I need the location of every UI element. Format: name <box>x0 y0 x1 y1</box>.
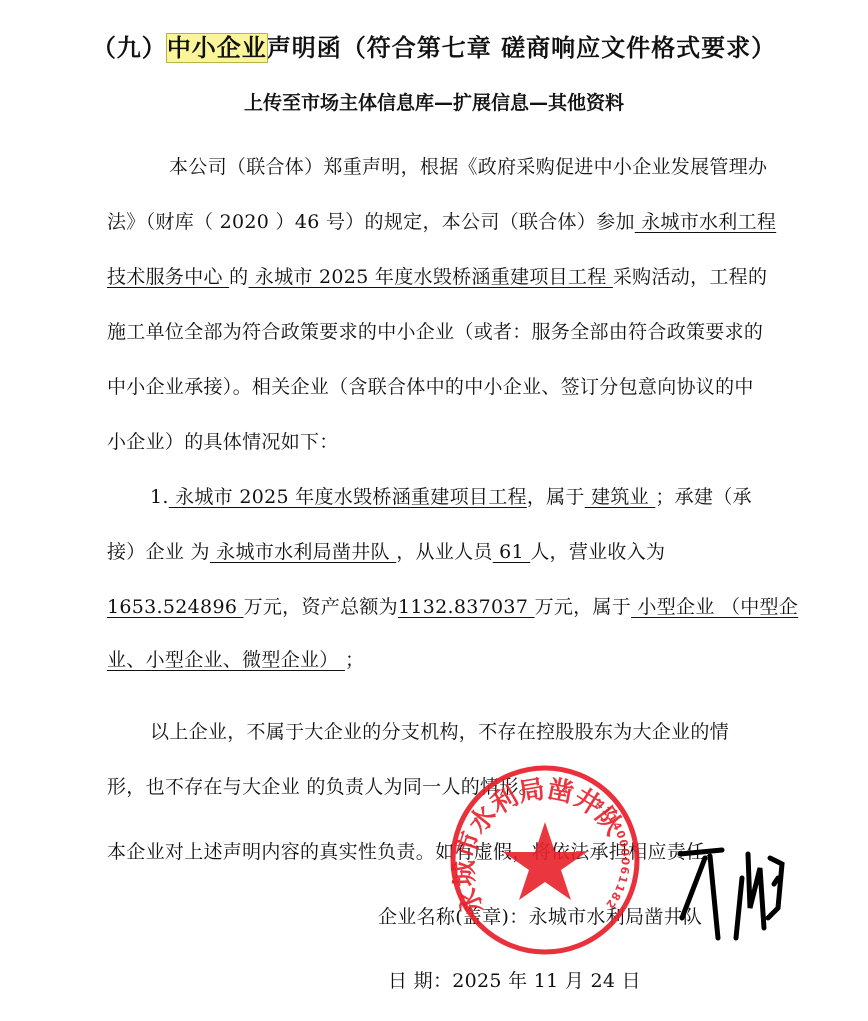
text-segment: 的 <box>229 266 248 288</box>
document-title: （九）中小企业声明函（符合第七章 磋商响应文件格式要求） <box>0 28 868 63</box>
text-segment: ； <box>345 649 364 671</box>
para1-line6: 小企业）的具体情况如下： <box>107 427 832 454</box>
handwritten-signature-icon <box>670 838 810 948</box>
project-name: 永城市 2025 年度水毁桥涵重建项目工程 <box>248 266 612 288</box>
title-suffix: 声明函（符合第七章 磋商响应文件格式要求） <box>267 34 776 62</box>
item-project: 永城市 2025 年度水毁桥涵重建项目工程 <box>169 486 527 508</box>
para1-line5: 中小企业承接）。相关企业（含联合体中的中小企业、签订分包意向协议的中 <box>107 372 832 399</box>
purchaser-name-cont: 技术服务中心 <box>107 266 229 288</box>
text-segment: 万元，属于 <box>535 596 632 618</box>
para1-line3: 技术服务中心 的 永城市 2025 年度水毁桥涵重建项目工程 采购活动，工程的 <box>107 262 832 289</box>
item-number: 1. <box>150 486 169 508</box>
para2-line1: 以上企业，不属于大企业的分支机构，不存在控股股东为大企业的情 <box>107 717 832 744</box>
text-segment: ；承建（承 <box>655 486 752 508</box>
text-segment: 人，营业收入为 <box>530 541 665 563</box>
text-segment: 法》（财库（ 2020 ）46 号）的规定，本公司（联合体）参加 <box>107 211 635 233</box>
text-segment: 万元，资产总额为 <box>244 596 398 618</box>
text-segment: 接）企业 为 <box>107 541 210 563</box>
para1-line2: 法》（财库（ 2020 ）46 号）的规定，本公司（联合体）参加 永城市水利工程 <box>107 207 832 234</box>
date-line: 日 期：2025 年 11 月 24 日 <box>388 966 808 993</box>
item-size: 小型企业 （中型企 <box>631 596 798 618</box>
para1-line1: 本公司（联合体）郑重声明，根据《政府采购促进中小企业发展管理办 <box>107 152 832 179</box>
text-segment: 采购活动，工程的 <box>613 266 767 288</box>
item1-line3: 1653.524896 万元，资产总额为1132.837037 万元，属于 小型… <box>107 592 832 619</box>
date-value: 2025 年 11 月 24 日 <box>452 970 641 992</box>
item-revenue: 1653.524896 <box>107 596 244 618</box>
item1-line4: 业、小型企业、微型企业） ； <box>107 645 832 672</box>
date-label: 日 期： <box>388 970 452 992</box>
item1-line2: 接）企业 为 永城市水利局凿井队 ，从业人员 61 人，营业收入为 <box>107 537 832 564</box>
purchaser-name: 永城市水利工程 <box>635 211 776 233</box>
item-company: 永城市水利局凿井队 <box>210 541 396 563</box>
item-assets: 1132.837037 <box>398 596 535 618</box>
title-highlight: 中小企业 <box>167 34 267 62</box>
item-size-cont: 业、小型企业、微型企业） <box>107 649 345 671</box>
item-employees: 61 <box>493 541 530 563</box>
item1-line1: 1. 永城市 2025 年度水毁桥涵重建项目工程，属于 建筑业 ；承建（承 <box>150 482 832 509</box>
text-segment: ，属于 <box>527 486 585 508</box>
title-prefix: （九） <box>92 34 167 62</box>
para1-line4: 施工单位全部为符合政策要求的中小企业（或者：服务全部由符合政策要求的 <box>107 317 832 344</box>
document-subtitle: 上传至市场主体信息库—扩展信息—其他资料 <box>0 88 868 115</box>
text-segment: ，从业人员 <box>396 541 493 563</box>
item-industry: 建筑业 <box>585 486 656 508</box>
official-seal-icon: 永城市水利局凿井队 4114000061182 <box>445 760 645 960</box>
